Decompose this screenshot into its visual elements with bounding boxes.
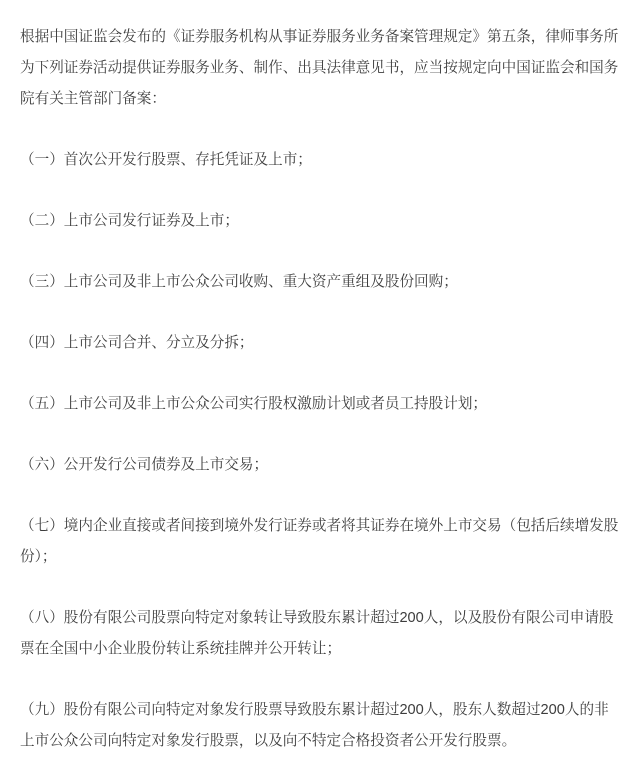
list-item-9: （九）股份有限公司向特定对象发行股票导致股东累计超过200人，股东人数超过200…: [20, 695, 620, 757]
list-item-2: （二）上市公司发行证券及上市；: [20, 206, 620, 237]
intro-paragraph: 根据中国证监会发布的《证券服务机构从事证券服务业务备案管理规定》第五条，律师事务…: [20, 22, 620, 115]
list-item-3: （三）上市公司及非上市公众公司收购、重大资产重组及股份回购；: [20, 267, 620, 298]
list-item-7: （七）境内企业直接或者间接到境外发行证券或者将其证券在境外上市交易（包括后续增发…: [20, 511, 620, 573]
list-item-1: （一）首次公开发行股票、存托凭证及上市；: [20, 145, 620, 176]
list-item-8: （八）股份有限公司股票向特定对象转让导致股东累计超过200人，以及股份有限公司申…: [20, 603, 620, 665]
list-item-4: （四）上市公司合并、分立及分拆；: [20, 328, 620, 359]
list-item-5: （五）上市公司及非上市公众公司实行股权激励计划或者员工持股计划；: [20, 389, 620, 420]
list-item-6: （六）公开发行公司债券及上市交易；: [20, 450, 620, 481]
document-body: 根据中国证监会发布的《证券服务机构从事证券服务业务备案管理规定》第五条，律师事务…: [0, 0, 640, 757]
